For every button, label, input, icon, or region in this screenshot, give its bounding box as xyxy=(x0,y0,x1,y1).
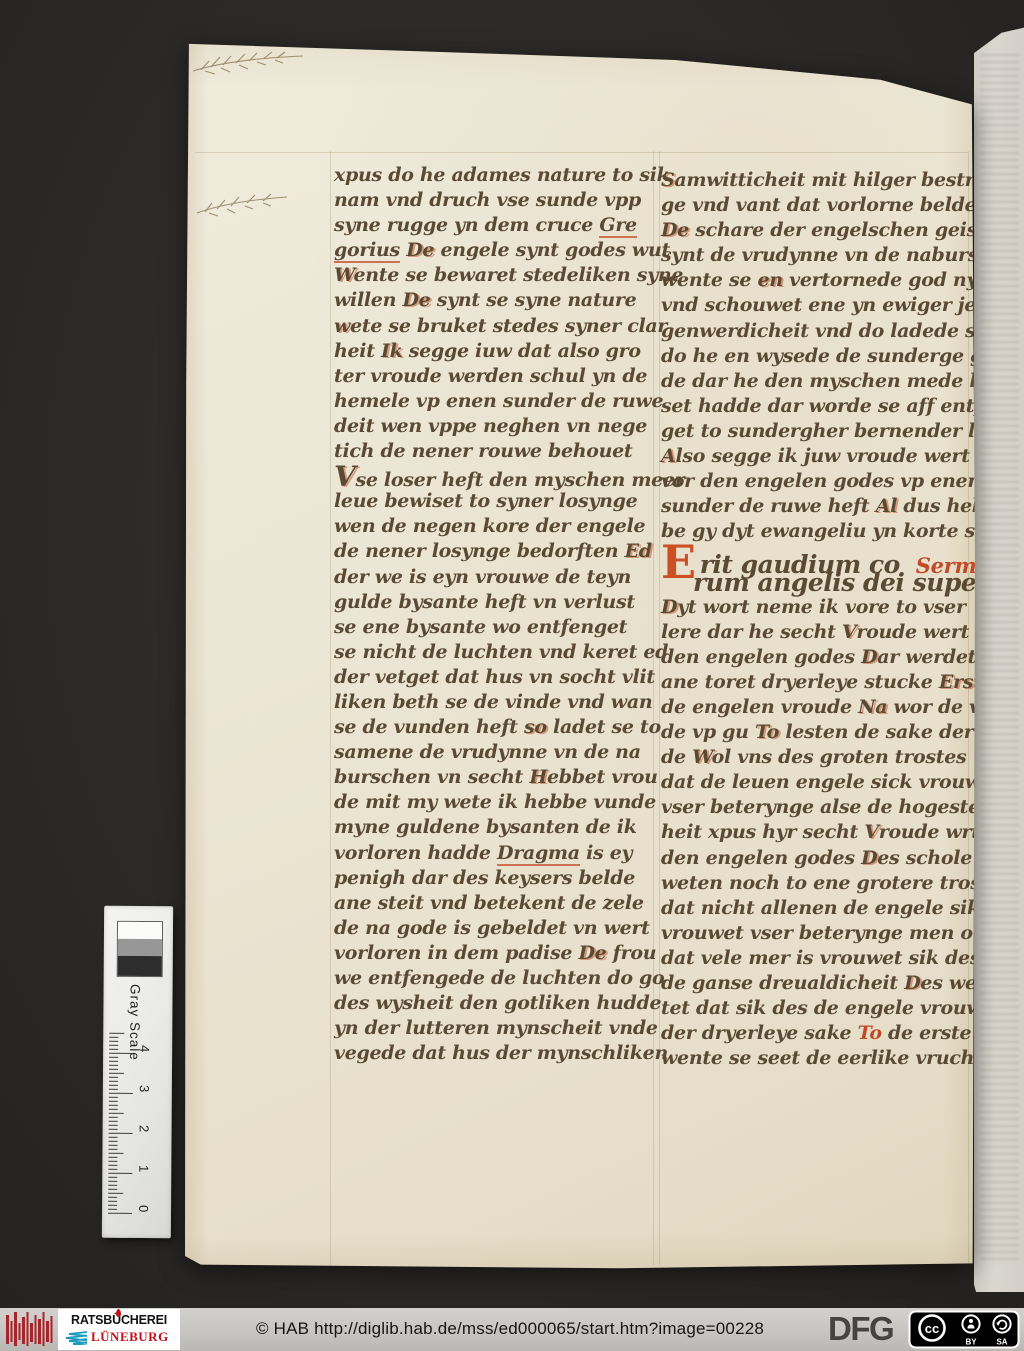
by-label: BY xyxy=(965,1338,977,1347)
ruler-tick xyxy=(108,1145,117,1146)
ruler-tick xyxy=(109,1041,118,1042)
manuscript-line: rum angelis dei super vno xyxy=(661,570,983,595)
manuscript-line: vorloren in dem padise De frou xyxy=(334,941,656,966)
manuscript-line: ane steit vnd betekent de zele xyxy=(334,891,656,916)
ruler-tick xyxy=(109,1061,118,1062)
ruler-tick xyxy=(109,1129,118,1130)
manuscript-line: se nicht de luchten vnd keret ed xyxy=(334,640,656,665)
manuscript-line: der dryerleye sake To de erste xyxy=(661,1021,983,1046)
ruler-tick xyxy=(109,1097,118,1098)
ruler-tick xyxy=(109,1049,118,1050)
ruler-tick xyxy=(109,1065,118,1066)
ruler-number: 1 xyxy=(136,1165,151,1172)
digitized-manuscript-scan: xpus do he adames nature to siknam vnd d… xyxy=(0,0,1024,1351)
ruler-tick xyxy=(108,1157,117,1158)
ruling-line-horizontal xyxy=(195,152,968,153)
manuscript-page: xpus do he adames nature to siknam vnd d… xyxy=(185,39,975,1272)
manuscript-page-wrap: xpus do he adames nature to siknam vnd d… xyxy=(185,39,975,1272)
manuscript-line: de dar he den myschen mede lo xyxy=(661,369,983,394)
manuscript-line: wete se bruket stedes syner clar xyxy=(334,314,656,339)
manuscript-line: de vp gu To lesten de sake der vrou xyxy=(661,720,983,745)
manuscript-line: vnd schouwet ene yn ewiger je xyxy=(661,293,983,318)
book-fore-edge xyxy=(974,20,1024,1292)
ruler-tick xyxy=(108,1149,117,1150)
manuscript-line: de na gode is gebeldet vn wert xyxy=(334,916,656,941)
ruler-number: 2 xyxy=(137,1125,152,1132)
manuscript-line: de engelen vroude Na wor de vrou xyxy=(661,695,983,720)
manuscript-line: den engelen godes Des schole gy xyxy=(661,846,983,871)
ruler-tick xyxy=(108,1189,117,1190)
manuscript-line: des wysheit den gotliken hudde xyxy=(334,991,656,1016)
ruler-tick xyxy=(109,1117,118,1118)
ruler-tick xyxy=(109,1033,124,1034)
manuscript-line: wen de negen kore der engele xyxy=(334,514,656,539)
marginalia-sprig-icon xyxy=(191,49,306,77)
ruler-tick xyxy=(109,1057,118,1058)
ruler-tick xyxy=(108,1205,117,1206)
manuscript-line: Samwitticheit mit hilger bestraffi xyxy=(661,168,983,193)
cc-text: cc xyxy=(925,1321,939,1336)
ruler-tick xyxy=(109,1073,124,1074)
manuscript-line: Wente se bewaret stedeliken syne xyxy=(334,263,656,288)
manuscript-line: xpus do he adames nature to sik xyxy=(334,163,656,188)
ruler-tick xyxy=(109,1133,133,1134)
ruler-tick xyxy=(108,1181,117,1182)
ruler-tick xyxy=(109,1053,133,1054)
manuscript-line: vser beterynge alse de hogeste war xyxy=(661,795,983,820)
manuscript-line: sunder de ruwe heft Al dus heb xyxy=(661,494,983,519)
manuscript-line: Also segge ik juw vroude wert xyxy=(661,444,983,469)
manuscript-line: ge vnd vant dat vorlorne belde xyxy=(661,193,983,218)
manuscript-line: penigh dar des keysers belde xyxy=(334,866,656,891)
manuscript-line: dat nicht allenen de engele sik xyxy=(661,896,983,921)
library-name: RATSBÜCHEREI xyxy=(58,1313,180,1327)
manuscript-line: den engelen godes Dar werdet xyxy=(661,645,983,670)
manuscript-line: heit xpus hyr secht Vroude wrt xyxy=(661,820,983,845)
manuscript-line: samene de vrudynne vn de na xyxy=(334,740,656,765)
manuscript-line: de nener losynge bedorften Ed xyxy=(334,539,656,564)
manuscript-line: de ganse dreualdicheit Des we xyxy=(661,971,983,996)
ruler-tick xyxy=(109,1081,118,1082)
manuscript-line: set hadde dar worde se aff entfe xyxy=(661,394,983,419)
manuscript-line: liken beth se de vinde vnd wan xyxy=(334,690,656,715)
grayscale-patch xyxy=(117,921,163,977)
ruler-tick xyxy=(108,1165,117,1166)
ruler-tick xyxy=(109,1089,118,1090)
manuscript-line: synt de vrudynne vn de naburschen xyxy=(661,243,983,268)
manuscript-line: yn der lutteren mynscheit vnde xyxy=(334,1016,656,1041)
manuscript-line: burschen vn secht Hebbet vrou xyxy=(334,765,656,790)
manuscript-line: deit wen vppe neghen vn nege xyxy=(334,414,656,439)
manuscript-line: dat vele mer is vrouwet sik des xyxy=(661,946,983,971)
library-logo-box: RATSBÜCHEREI LÜNEBURG xyxy=(58,1309,180,1350)
footer-bar: RATSBÜCHEREI LÜNEBURG © HAB http://digli… xyxy=(0,1308,1024,1351)
sa-label: SA xyxy=(996,1338,1007,1347)
manuscript-line: de mit my wete ik hebbe vunde xyxy=(334,790,656,815)
ruler-tick xyxy=(109,1037,118,1038)
ruler-number: 3 xyxy=(137,1085,152,1092)
manuscript-line: de Wol vns des groten trostes xyxy=(661,745,983,770)
manuscript-line: be gy dyt ewangeliu yn korte syne xyxy=(661,519,983,544)
manuscript-line: vorloren hadde Dragma is ey xyxy=(334,841,656,866)
ratsbuecherei-bars-icon xyxy=(6,1311,56,1348)
manuscript-line: der we is eyn vrouwe de teyn xyxy=(334,565,656,590)
red-drop-umlaut-icon xyxy=(116,1309,121,1317)
left-text-column: xpus do he adames nature to siknam vnd d… xyxy=(334,163,656,1066)
manuscript-line: Dyt wort neme ik vore to vser xyxy=(661,595,983,620)
manuscript-line: we entfengede de luchten do go xyxy=(334,966,656,991)
ruler-tick xyxy=(108,1201,117,1202)
ruler-tick xyxy=(108,1213,132,1214)
manuscript-line: wente se seet de eerlike vrucht xyxy=(661,1046,983,1071)
manuscript-line: dat de leuen engele sick vrouwet xyxy=(661,770,983,795)
ruler-tick xyxy=(108,1193,123,1194)
manuscript-line: myne guldene bysanten de ik xyxy=(334,815,656,840)
dfg-logo: DFG xyxy=(828,1310,893,1348)
manuscript-line: ane toret dryerleye stucke Erst xyxy=(661,670,983,695)
fore-edge-showthrough-texture xyxy=(980,54,1019,1262)
ruler-tick xyxy=(108,1209,117,1210)
manuscript-line: Vse loser heft den myschen meer xyxy=(334,464,656,489)
ruler-tick xyxy=(109,1093,133,1094)
lueneburg-wave-icon xyxy=(62,1330,88,1345)
grayscale-reference-card: Gray Scale 01234 xyxy=(102,906,173,1238)
ruler-tick xyxy=(109,1113,124,1114)
manuscript-line: genwerdicheit vnd do ladede se god xyxy=(661,319,983,344)
manuscript-line: syne rugge yn dem cruce Gre xyxy=(334,213,656,238)
manuscript-line: tich de nener rouwe behouet xyxy=(334,439,656,464)
manuscript-line: willen De synt se syne nature xyxy=(334,288,656,313)
cc-by-sa-badge: cc BY SA xyxy=(908,1310,1020,1349)
ruler-tick xyxy=(108,1185,117,1186)
manuscript-line: gorius De engele synt godes wut xyxy=(334,238,656,263)
ruler-number: 4 xyxy=(137,1045,152,1052)
manuscript-line: se de vunden heft so ladet se to xyxy=(334,715,656,740)
ruler-tick xyxy=(109,1101,118,1102)
ruler-tick xyxy=(108,1177,117,1178)
manuscript-line: nam vnd druch vse sunde vpp xyxy=(334,188,656,213)
manuscript-line: tet dat sik des de engele vrouwet xyxy=(661,996,983,1021)
manuscript-line: vor den engelen godes vp enen xyxy=(661,469,983,494)
ruler-tick xyxy=(109,1045,118,1046)
ruler: 01234 xyxy=(104,1026,169,1226)
manuscript-line: vrouwet vser beterynge men ok xyxy=(661,921,983,946)
ruler-number: 0 xyxy=(136,1205,151,1212)
ruler-tick xyxy=(109,1077,118,1078)
manuscript-line: De schare der engelschen geiste xyxy=(661,218,983,243)
manuscript-line: gulde bysante heft vn verlust xyxy=(334,590,656,615)
manuscript-line: weten noch to ene grotere troste xyxy=(661,871,983,896)
ruler-tick xyxy=(109,1141,118,1142)
manuscript-line: get to sundergher bernender leue xyxy=(661,419,983,444)
ruler-tick xyxy=(108,1197,117,1198)
library-city-text: LÜNEBURG xyxy=(91,1329,169,1345)
manuscript-line: Erit gaudium coSermo xyxy=(661,544,983,569)
ruler-tick xyxy=(108,1153,123,1154)
manuscript-line: leue bewiset to syner losynge xyxy=(334,489,656,514)
marginalia-sprig-icon xyxy=(195,189,290,217)
ruler-tick xyxy=(109,1109,118,1110)
manuscript-line: se ene bysante wo entfenget xyxy=(334,615,656,640)
ruler-tick xyxy=(109,1105,118,1106)
manuscript-line: vegede dat hus der mynschliken xyxy=(334,1041,656,1066)
ruler-tick xyxy=(109,1069,118,1070)
ruling-line-vertical xyxy=(330,151,331,1265)
copyright-url-text: © HAB http://diglib.hab.de/mss/ed000065/… xyxy=(200,1319,820,1339)
manuscript-line: lere dar he secht Vroude wert xyxy=(661,620,983,645)
manuscript-line: wente se en vertornede god ny xyxy=(661,268,983,293)
manuscript-line: do he en wysede de sunderge gna xyxy=(661,344,983,369)
ruler-tick xyxy=(108,1169,117,1170)
manuscript-line: ter vroude werden schul yn de xyxy=(334,364,656,389)
ruler-tick xyxy=(109,1137,118,1138)
manuscript-line: der vetget dat hus vn socht vlit xyxy=(334,665,656,690)
ruler-tick xyxy=(108,1173,132,1174)
ruler-tick xyxy=(108,1161,117,1162)
ruler-tick xyxy=(109,1121,118,1122)
ruler-tick xyxy=(109,1125,118,1126)
ruler-tick xyxy=(109,1085,118,1086)
manuscript-line: hemele vp enen sunder de ruwe xyxy=(334,389,656,414)
right-text-column: Samwitticheit mit hilger bestraffige vnd… xyxy=(661,168,983,1071)
manuscript-line: heit Ik segge iuw dat also gro xyxy=(334,339,656,364)
